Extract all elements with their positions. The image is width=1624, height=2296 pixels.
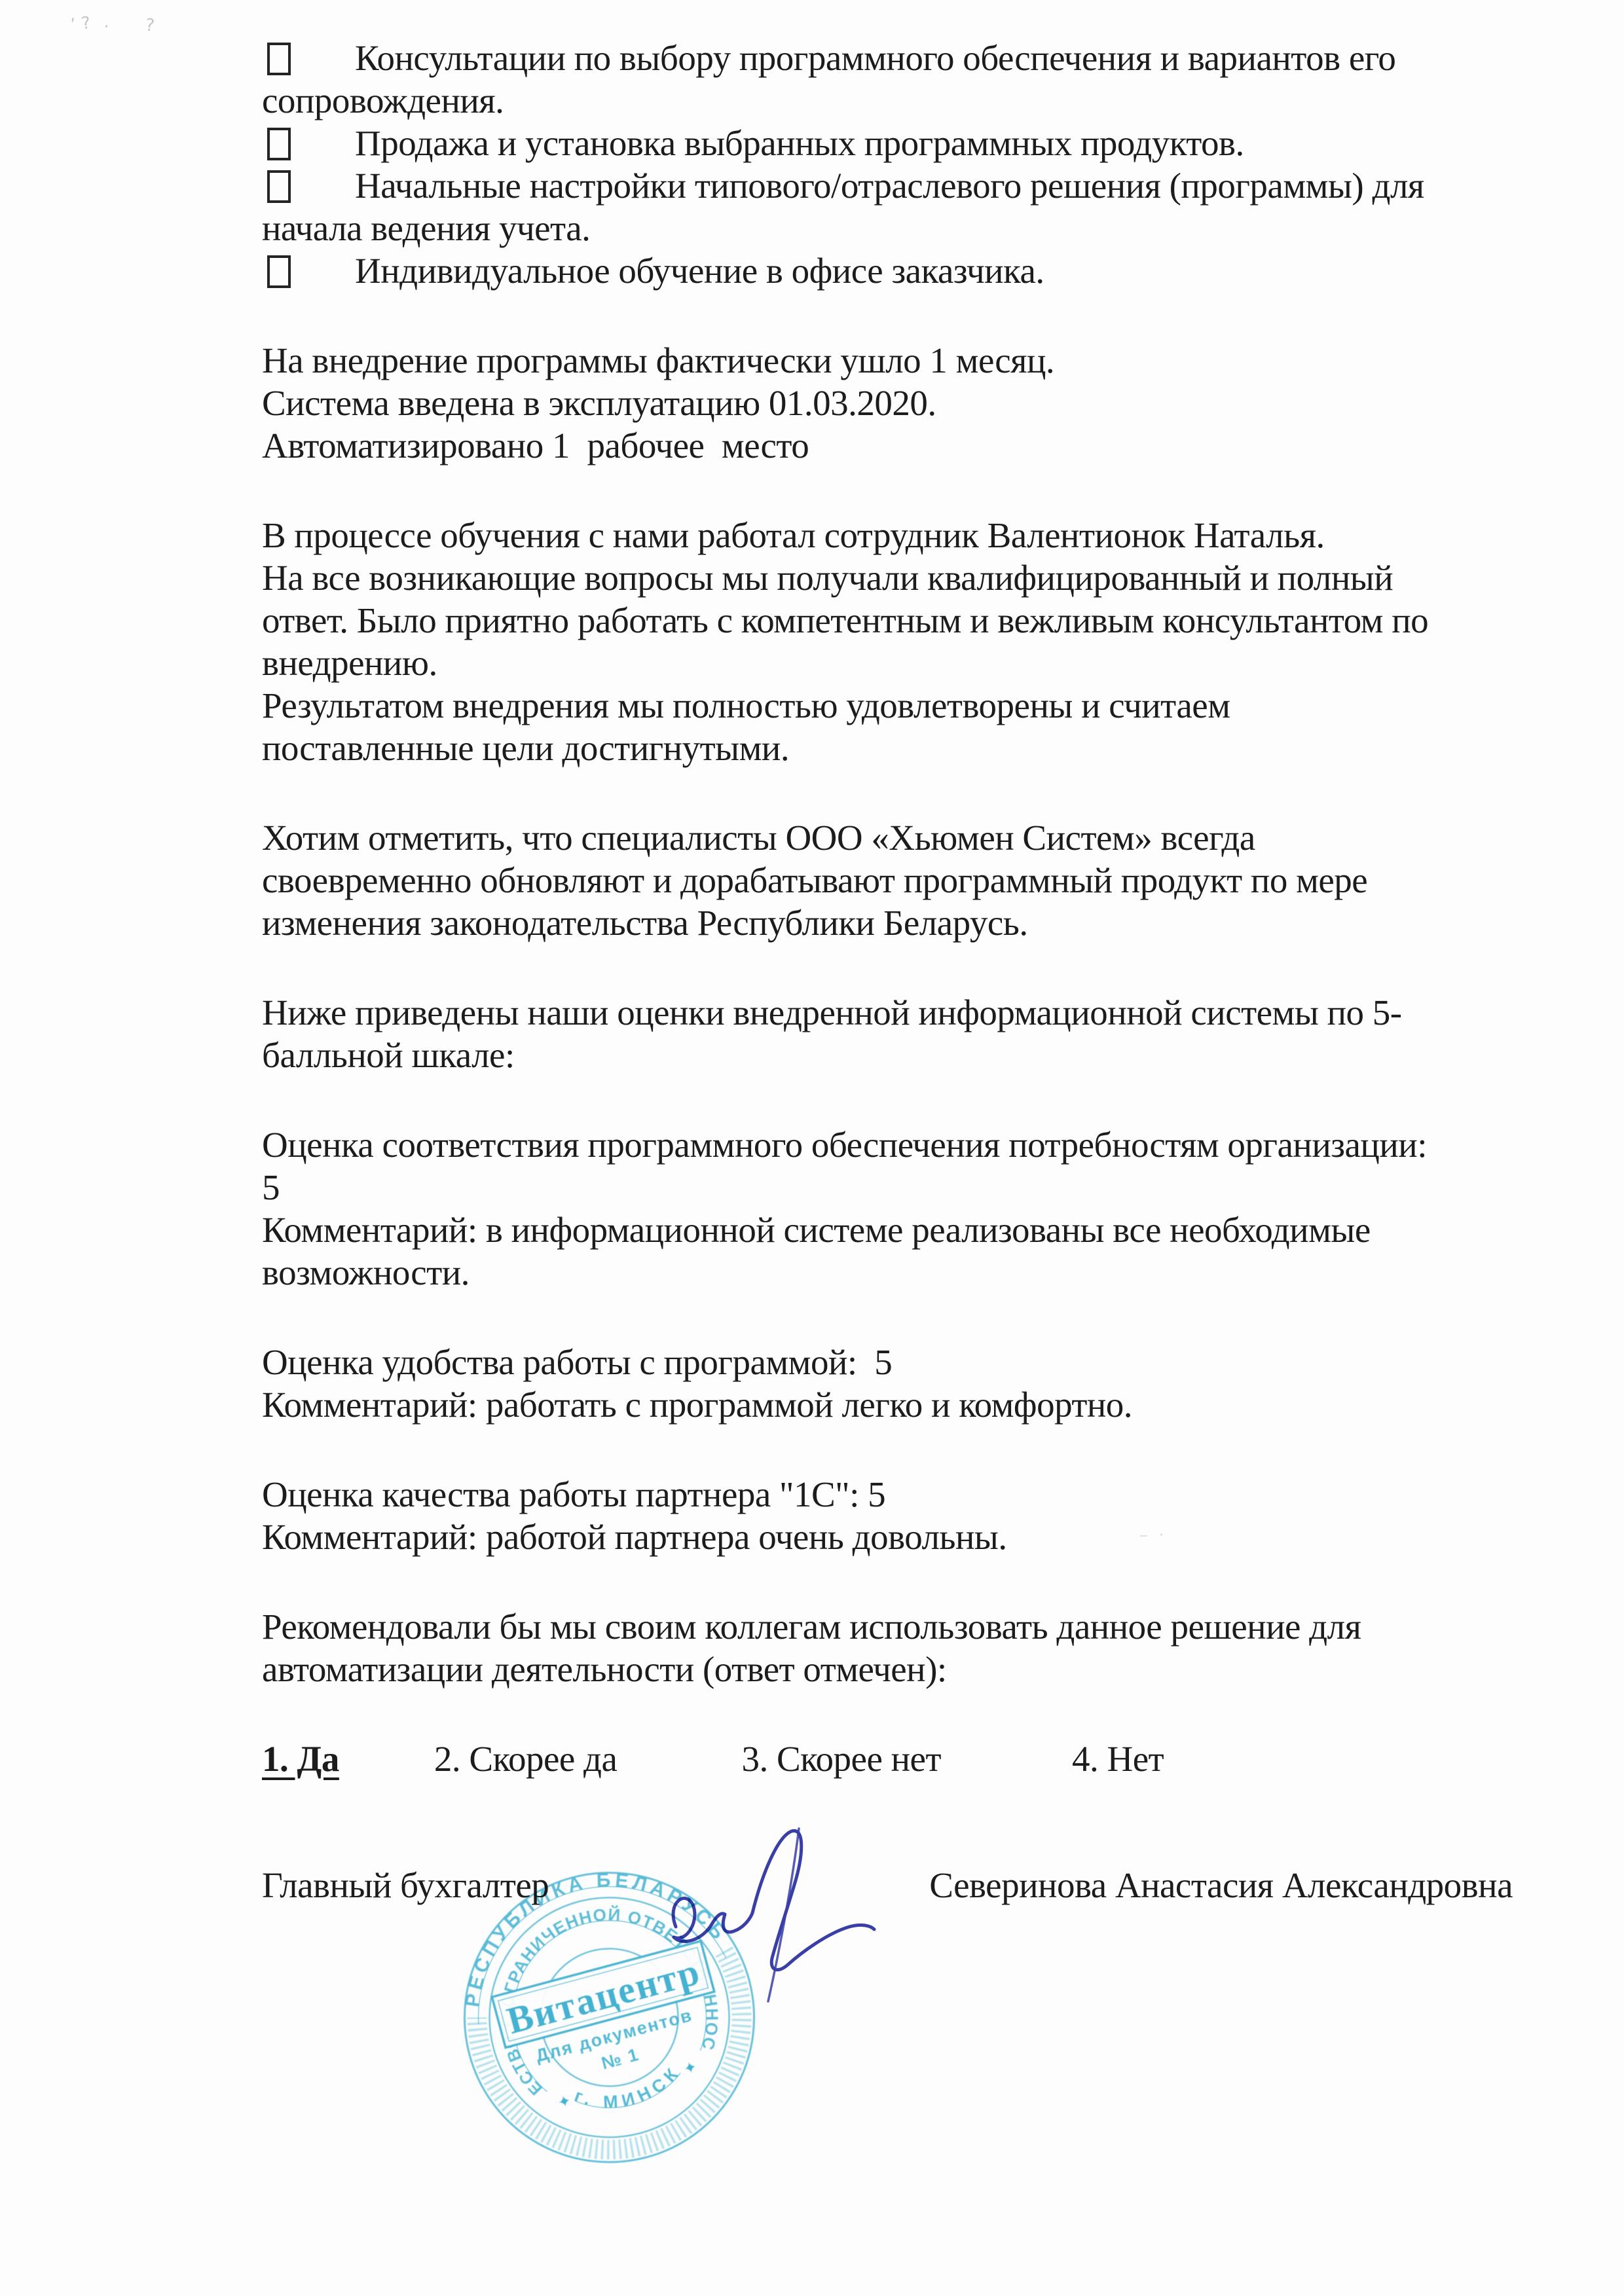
- text-line: Ниже приведены наши оценки внедренной ин…: [262, 991, 1513, 1034]
- stamp-star-right-icon: ✦: [682, 2058, 699, 2078]
- letter-body: Консультации по выбору программного обес…: [0, 0, 1624, 1906]
- signer-name: Северинова Анастасия Александровна: [929, 1864, 1513, 1906]
- list-item-continuation: сопровождения.: [262, 79, 1513, 122]
- scanned-document-page: ’ ? · ? – · Консультации по выбору прогр…: [0, 0, 1624, 2296]
- answer-option-rather-no: 3. Скорее нет: [741, 1738, 941, 1780]
- checkbox-icon: [267, 43, 291, 75]
- answer-option-rather-yes: 2. Скорее да: [434, 1738, 618, 1780]
- text-line: поставленные цели достигнутыми.: [262, 727, 1513, 769]
- rating-label: Оценка удобства работы с программой: 5: [262, 1341, 1513, 1383]
- text-line: внедрению.: [262, 642, 1513, 684]
- checkbox-icon: [267, 255, 291, 288]
- stamp-number-text: № 1: [599, 2045, 641, 2073]
- text-line: Результатом внедрения мы полностью удовл…: [262, 684, 1513, 727]
- stamp-star-left-icon: ✦: [556, 2092, 573, 2112]
- vendor-note: Хотим отметить, что специалисты ООО «Хью…: [262, 816, 1513, 944]
- list-item-continuation: начала ведения учета.: [262, 207, 1513, 249]
- text-line: Система введена в эксплуатацию 01.03.202…: [262, 382, 1513, 424]
- list-item: Продажа и установка выбранных программны…: [262, 122, 1513, 164]
- text-line: Рекомендовали бы мы своим коллегам испол…: [262, 1605, 1513, 1648]
- rating-label: Оценка качества работы партнера "1С": 5: [262, 1473, 1513, 1516]
- list-item: Начальные настройки типового/отраслевого…: [262, 164, 1513, 207]
- list-item-text: Начальные настройки типового/отраслевого…: [355, 166, 1424, 206]
- checkbox-icon: [267, 170, 291, 203]
- text-line: На все возникающие вопросы мы получали к…: [262, 556, 1513, 599]
- svg-text:г. МИНСК: г. МИНСК: [568, 2058, 690, 2124]
- text-line: Автоматизировано 1 рабочее место: [262, 424, 1513, 467]
- rating-usability: Оценка удобства работы с программой: 5 К…: [262, 1341, 1513, 1426]
- rating-comment: возможности.: [262, 1251, 1513, 1294]
- signature-letters-stroke: [673, 1899, 752, 1942]
- rating-label: Оценка соответствия программного обеспеч…: [262, 1123, 1513, 1166]
- text-line: Хотим отметить, что специалисты ООО «Хью…: [262, 816, 1513, 859]
- rating-comment: Комментарий: работать с программой легко…: [262, 1383, 1513, 1426]
- checkbox-icon: [267, 128, 291, 160]
- answer-options-row: 1. Да 2. Скорее да 3. Скорее нет 4. Нет: [262, 1738, 1513, 1780]
- recommendation-question: Рекомендовали бы мы своим коллегам испол…: [262, 1605, 1513, 1690]
- rating-comment: Комментарий: в информационной системе ре…: [262, 1209, 1513, 1251]
- answer-option-yes: 1. Да: [262, 1738, 339, 1780]
- text-line: На внедрение программы фактически ушло 1…: [262, 339, 1513, 382]
- list-item: Индивидуальное обучение в офисе заказчик…: [262, 249, 1513, 292]
- rating-partner: Оценка качества работы партнера "1С": 5 …: [262, 1473, 1513, 1558]
- rating-comment: Комментарий: работой партнера очень дово…: [262, 1516, 1513, 1558]
- stamp-city-text: г. МИНСК: [568, 2058, 690, 2124]
- text-line: ответ. Было приятно работать с компетент…: [262, 599, 1513, 642]
- list-item-text: Консультации по выбору программного обес…: [355, 38, 1395, 78]
- list-item-text: Индивидуальное обучение в офисе заказчик…: [355, 251, 1044, 291]
- implementation-facts: На внедрение программы фактически ушло 1…: [262, 339, 1513, 467]
- ratings-intro: Ниже приведены наши оценки внедренной ин…: [262, 991, 1513, 1076]
- text-line: В процессе обучения с нами работал сотру…: [262, 514, 1513, 556]
- rating-value: 5: [262, 1166, 1513, 1209]
- answer-option-no: 4. Нет: [1072, 1738, 1164, 1780]
- text-line: автоматизации деятельности (ответ отмече…: [262, 1648, 1513, 1690]
- text-line: изменения законодательства Республики Бе…: [262, 902, 1513, 944]
- training-feedback: В процессе обучения с нами работал сотру…: [262, 514, 1513, 769]
- list-item-text: Продажа и установка выбранных программны…: [355, 123, 1244, 163]
- text-line: балльной шкале:: [262, 1034, 1513, 1076]
- text-line: своевременно обновляют и дорабатывают пр…: [262, 859, 1513, 902]
- services-checklist: Консультации по выбору программного обес…: [262, 37, 1513, 292]
- list-item: Консультации по выбору программного обес…: [262, 37, 1513, 79]
- rating-software-fit: Оценка соответствия программного обеспеч…: [262, 1123, 1513, 1294]
- signature-loop-stroke: [752, 1831, 874, 1969]
- signature: [638, 1804, 900, 2020]
